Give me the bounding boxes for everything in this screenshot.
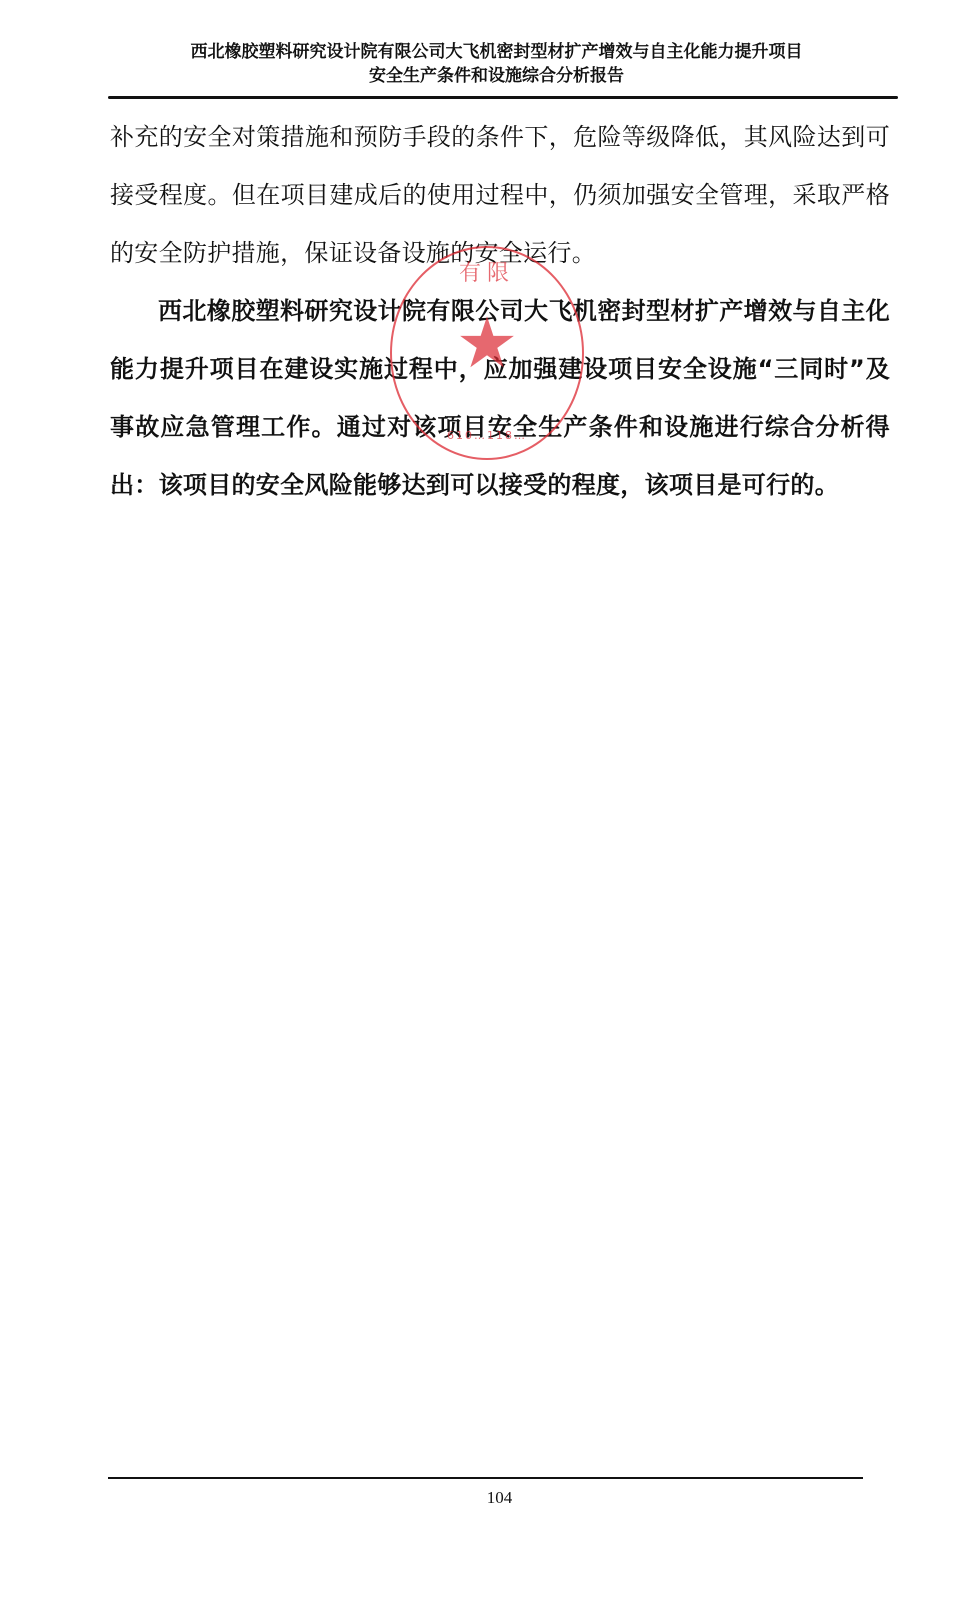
footer-divider <box>108 1477 863 1479</box>
page-header: 西北橡胶塑料研究设计院有限公司大飞机密封型材扩产增效与自主化能力提升项目 安全生… <box>0 40 973 88</box>
paragraph-conclusion-continued: 补充的安全对策措施和预防手段的条件下，危险等级降低，其风险达到可接受程度。但在项… <box>110 108 890 282</box>
header-title-line2: 安全生产条件和设施综合分析报告 <box>20 64 973 88</box>
page-number: 104 <box>13 1488 973 1508</box>
document-body: 补充的安全对策措施和预防手段的条件下，危险等级降低，其风险达到可接受程度。但在项… <box>110 108 890 514</box>
header-divider <box>108 96 898 99</box>
header-title-line1: 西北橡胶塑料研究设计院有限公司大飞机密封型材扩产增效与自主化能力提升项目 <box>20 40 973 64</box>
paragraph-final-conclusion: 西北橡胶塑料研究设计院有限公司大飞机密封型材扩产增效与自主化能力提升项目在建设实… <box>110 282 890 514</box>
